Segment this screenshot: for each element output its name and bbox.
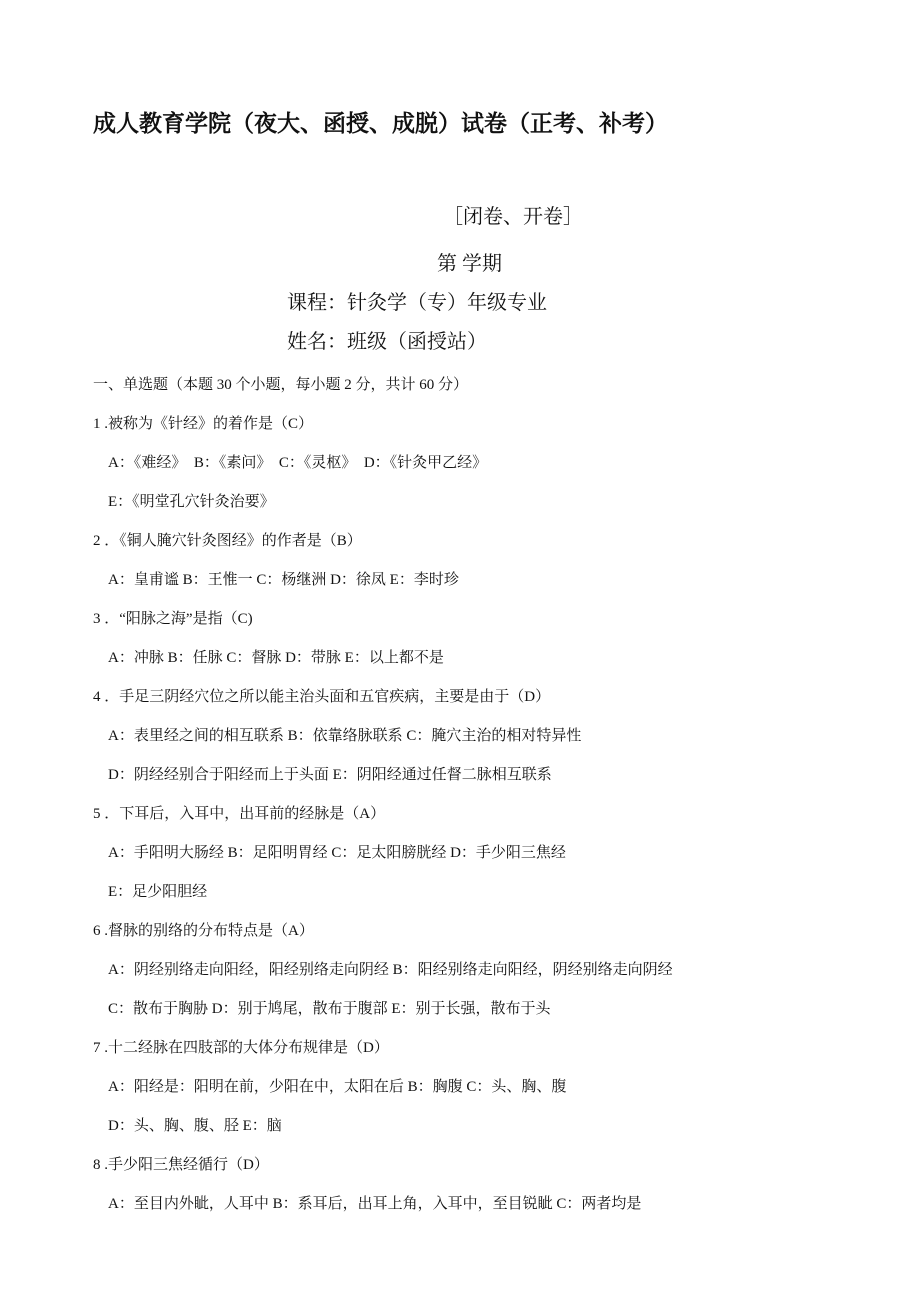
question-7: 7 .十二经脉在四肢部的大体分布规律是（D） A：阳经是：阳明在前，少阳在中，太… — [0, 1038, 920, 1137]
question-8-stem: 8 .手少阳三焦经循行（D） — [93, 1155, 920, 1176]
question-7-options-line-1: A：阳经是：阳明在前，少阳在中，太阳在后 B：胸腹 C：头、胸、腹 — [108, 1077, 920, 1098]
question-7-stem: 7 .十二经脉在四肢部的大体分布规律是（D） — [93, 1038, 920, 1059]
question-3: 3 ．“阳脉之海”是指（C) A：冲脉 B：任脉 C：督脉 D：带脉 E：以上都… — [0, 609, 920, 669]
question-6: 6 .督脉的别络的分布特点是（A） A：阴经别络走向阳经，阳经别络走向阴经 B：… — [0, 921, 920, 1020]
question-5-options-line-1: A：手阳明大肠经 B：足阳明胃经 C：足太阳膀胱经 D：手少阳三焦经 — [108, 843, 920, 864]
question-6-stem: 6 .督脉的别络的分布特点是（A） — [93, 921, 920, 942]
question-7-options-line-2: D：头、胸、腹、胫 E：脑 — [108, 1116, 920, 1137]
question-1-options-line-2: E：《明堂孔穴针灸治要》 — [108, 492, 920, 513]
exam-title: 成人教育学院（夜大、函授、成脱）试卷（正考、补考） — [93, 111, 920, 137]
question-4-stem: 4 ．手足三阴经穴位之所以能主治头面和五官疾病，主要是由于（D） — [93, 687, 920, 708]
question-6-options-line-2: C：散布于胸胁 D：别于鸠尾，散布于腹部 E：别于长强，散布于头 — [108, 999, 920, 1020]
question-5: 5 ．下耳后，入耳中，出耳前的经脉是（A） A：手阳明大肠经 B：足阳明胃经 C… — [0, 804, 920, 903]
question-8: 8 .手少阳三焦经循行（D） A：至目内外眦，人耳中 B：系耳后，出耳上角，入耳… — [0, 1155, 920, 1215]
question-1-options-line-1: A：《难经》 B：《素问》 C：《灵枢》 D：《针灸甲乙经》 — [108, 453, 920, 474]
exam-mode-line: ［闭卷、开卷］ — [443, 205, 920, 230]
semester-line: 第 学期 — [437, 252, 920, 277]
question-4: 4 ．手足三阴经穴位之所以能主治头面和五官疾病，主要是由于（D） A：表里经之间… — [0, 687, 920, 786]
exam-document-page: 成人教育学院（夜大、函授、成脱）试卷（正考、补考） ［闭卷、开卷］ 第 学期 课… — [0, 0, 920, 1301]
question-3-stem: 3 ．“阳脉之海”是指（C) — [93, 609, 920, 630]
question-1: 1 .被称为《针经》的着作是（C） A：《难经》 B：《素问》 C：《灵枢》 D… — [0, 414, 920, 513]
question-5-options-line-2: E：足少阳胆经 — [108, 882, 920, 903]
question-3-options-line-1: A：冲脉 B：任脉 C：督脉 D：带脉 E：以上都不是 — [108, 648, 920, 669]
question-2-stem: 2 ．《铜人腌穴针灸图经》的作者是（B） — [93, 531, 920, 552]
section-heading: 一、单选题（本题 30 个小题，每小题 2 分，共计 60 分） — [93, 375, 920, 396]
question-4-options-line-1: A：表里经之间的相互联系 B：依靠络脉联系 C：腌穴主治的相对特异性 — [108, 726, 920, 747]
name-line: 姓名：班级（函授站） — [287, 330, 920, 355]
question-2: 2 ．《铜人腌穴针灸图经》的作者是（B） A：皇甫谧 B：王惟一 C：杨继洲 D… — [0, 531, 920, 591]
question-8-options-line-1: A：至目内外眦，人耳中 B：系耳后，出耳上角，入耳中，至目锐眦 C：两者均是 — [108, 1194, 920, 1215]
question-2-options-line-1: A：皇甫谧 B：王惟一 C：杨继洲 D：徐凤 E：李时珍 — [108, 570, 920, 591]
course-line: 课程：针灸学（专）年级专业 — [287, 291, 920, 316]
question-4-options-line-2: D：阴经经别合于阳经而上于头面 E：阴阳经通过任督二脉相互联系 — [108, 765, 920, 786]
question-5-stem: 5 ．下耳后，入耳中，出耳前的经脉是（A） — [93, 804, 920, 825]
question-1-stem: 1 .被称为《针经》的着作是（C） — [93, 414, 920, 435]
question-6-options-line-1: A：阴经别络走向阳经，阳经别络走向阴经 B：阳经别络走向阳经，阴经别络走向阴经 — [108, 960, 920, 981]
